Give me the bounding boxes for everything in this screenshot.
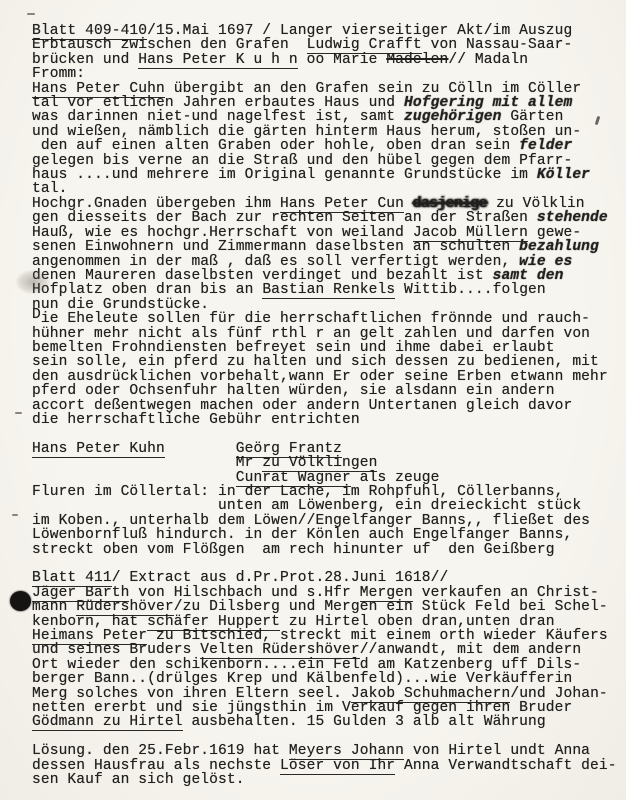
text-line: Die Eheleute sollen für die herrschaftli…: [32, 312, 606, 326]
text-line: mann Rüdershöver/zu Dilsberg und Mergen …: [32, 600, 606, 614]
text-line: Cunrat Wagner als zeuge: [32, 471, 606, 485]
text-line: Hans Peter Kuhn Geörg Frantz: [32, 442, 606, 456]
text-line: dessen Hausfrau als nechste Löser von Ih…: [32, 759, 606, 773]
text-line: kenborn, hat schäfer Huppert zu Hirtel o…: [32, 615, 606, 629]
text-line: berger Bann..(drülges Krep und Kälbenfel…: [32, 672, 606, 686]
text-line: Fromm:: [32, 67, 606, 81]
scanned-page: Blatt 409-410/15.Mai 1697 / Langer viers…: [0, 0, 626, 800]
margin-dash-mark: [27, 13, 35, 15]
text-line: angenommen in der maß , daß es soll verf…: [32, 255, 606, 269]
ink-smudge-mark: [16, 270, 50, 294]
text-line: Blatt 411/ Extract aus d.Pr.Prot.28.Juni…: [32, 571, 606, 585]
text-line: Mr zu Völklingen: [32, 456, 606, 470]
text-line: Hans Peter Cuhn übergibt an den Grafen s…: [32, 82, 606, 96]
text-line: sen Kauf an sich gelöst.: [32, 773, 606, 787]
text-line: Löwenbornfluß hindurch. in der Könlen au…: [32, 528, 606, 542]
text-line: Merg solches von ihren Eltern seel. Jako…: [32, 687, 606, 701]
text-line: den auf einen alten Graben oder hohle, o…: [32, 139, 606, 153]
text-line: Lösung. den 25.Febr.1619 hat Meyers Joha…: [32, 744, 606, 758]
text-line: hühner mehr nicht als fünf rthl r an gel…: [32, 327, 606, 341]
document-body: Blatt 409-410/15.Mai 1697 / Langer viers…: [32, 24, 606, 787]
text-line: Erbtausch zwischen den Grafen Ludwig Cra…: [32, 38, 606, 52]
text-line: Hauß, wie es hochgr.Herrschaft von weila…: [32, 226, 606, 240]
margin-dot-mark: [10, 591, 31, 611]
text-line: die herrschaftliche Gebühr entrichten: [32, 413, 606, 427]
text-line: gelegen bis verne an die Straß und den h…: [32, 154, 606, 168]
text-line: nun die Grundstücke.: [32, 298, 606, 312]
entry-blatt-409-410: Blatt 409-410/15.Mai 1697 / Langer viers…: [32, 24, 606, 427]
entry-blatt-411: Blatt 411/ Extract aus d.Pr.Prot.28.Juni…: [32, 571, 606, 729]
text-line: und seines Bruders Velten Rüdershöver//a…: [32, 643, 606, 657]
text-line: was darinnen niet-und nagelfest ist, sam…: [32, 110, 606, 124]
text-line: accort deßentwegen machen oder andern Un…: [32, 399, 606, 413]
margin-dash-mark: [15, 412, 22, 414]
entry-loesung-1619: Lösung. den 25.Febr.1619 hat Meyers Joha…: [32, 744, 606, 787]
text-line: tal.: [32, 182, 606, 196]
margin-dash-mark: [12, 514, 18, 516]
text-line: haus ....und mehrere im Original genannt…: [32, 168, 606, 182]
text-line: sein solle, ein pferd zu halten und sich…: [32, 355, 606, 369]
text-line: senen Einwohnern und Zimmermann daselbst…: [32, 240, 606, 254]
text-line: streckt oben vom Flößgen am rech hinunte…: [32, 543, 606, 557]
text-line: gen diesseits der Bach zur rechten Seite…: [32, 211, 606, 225]
text-line: brücken und Hans Peter K u h n oo Marie …: [32, 53, 606, 67]
text-line: den ausdrücklichen vorbehalt,wann Er ode…: [32, 370, 606, 384]
text-line: unten am Löwenberg, ein dreieckicht stüc…: [32, 499, 606, 513]
text-line: pferd oder Ochsenfuhr halten würden, sie…: [32, 384, 606, 398]
text-line: Gödmann zu Hirtel ausbehalten. 15 Gulden…: [32, 715, 606, 729]
fluren-block: Fluren im Cöllertal: in der Lache, im Ro…: [32, 485, 606, 557]
signature-block: Hans Peter Kuhn Geörg Frantz Mr zu Völkl…: [32, 442, 606, 485]
text-line: Hofplatz oben dran bis an Bastian Renkel…: [32, 283, 606, 297]
